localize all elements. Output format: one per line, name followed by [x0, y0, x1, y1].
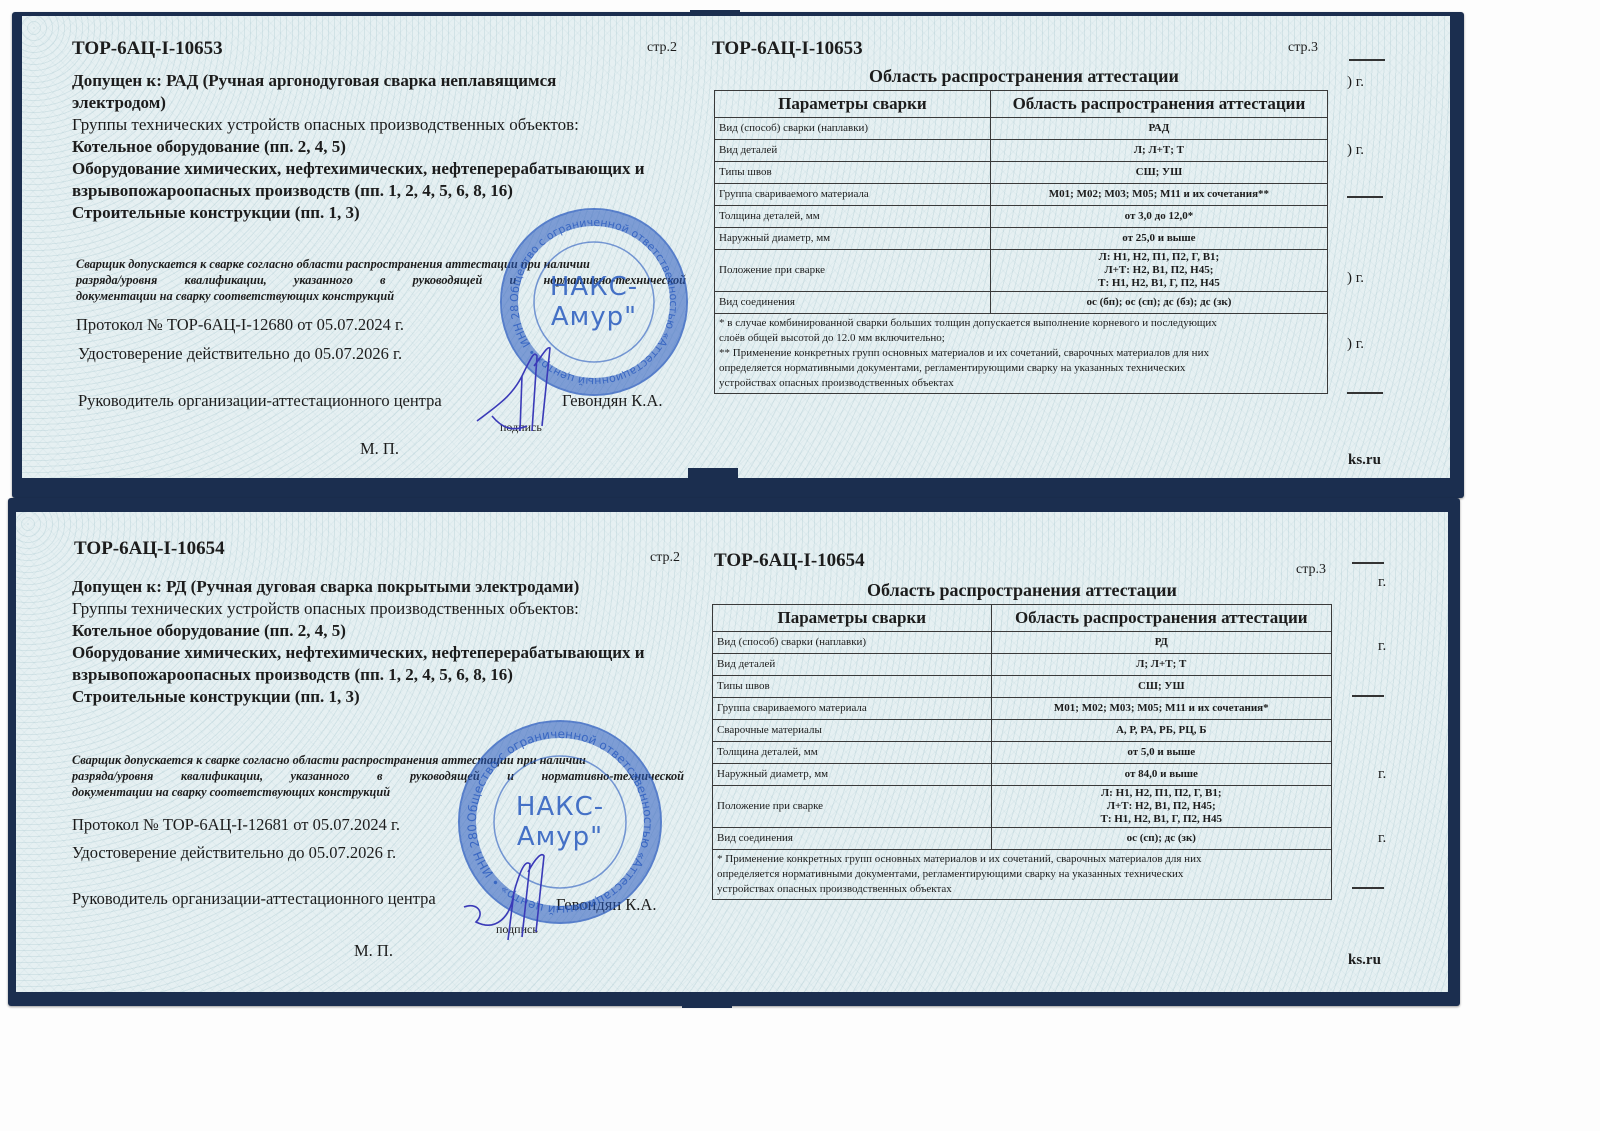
table-row: Вид (способ) сварки (наплавки)РД	[713, 632, 1332, 654]
footnote-line: * Применение конкретных групп основных м…	[717, 852, 1327, 867]
value-cell: ос (сп); дс (зк)	[991, 828, 1331, 850]
footnote-line: устройствах опасных производственных объ…	[717, 882, 1327, 897]
value-cell: от 25,0 и выше	[990, 228, 1327, 250]
stamp-line: НАКС-	[516, 792, 604, 822]
value-line: М01; М02; М03; М05; М11 и их сочетания*	[996, 702, 1327, 715]
value-line: М01; М02; М03; М05; М11 и их сочетания**	[995, 188, 1323, 201]
value-cell: РД	[991, 632, 1331, 654]
year-mark: ) г.	[1347, 270, 1364, 287]
stub-underline	[1349, 59, 1385, 61]
value-cell: Л: Н1, Н2, П1, П2, Г, В1;Л+Т: Н2, В1, П2…	[990, 250, 1327, 292]
column-header: Область распространения аттестации	[990, 91, 1327, 118]
group-item: Строительные конструкции (пп. 1, 3)	[72, 686, 360, 708]
footnotes: * в случае комбинированной сварки больши…	[715, 314, 1328, 394]
group-item: Оборудование химических, нефтехимических…	[72, 642, 645, 664]
value-cell: М01; М02; М03; М05; М11 и их сочетания*	[991, 698, 1331, 720]
certificate-sheet-2: ТОР-6АЦ-I-10654 стр.2 Допущен к: РД (Руч…	[16, 512, 1448, 992]
year-mark: ) г.	[1347, 142, 1364, 159]
cert-number: ТОР-6АЦ-I-10653	[712, 38, 863, 60]
year-mark: ) г.	[1347, 336, 1364, 353]
value-cell: Л; Л+Т; Т	[990, 140, 1327, 162]
table-row: Сварочные материалыА, Р, РА, РБ, РЦ, Б	[713, 720, 1332, 742]
value-cell: Л; Л+Т; Т	[991, 654, 1331, 676]
param-cell: Типы швов	[715, 162, 991, 184]
param-cell: Сварочные материалы	[713, 720, 992, 742]
value-cell: от 5,0 и выше	[991, 742, 1331, 764]
table-header-row: Параметры сваркиОбласть распространения …	[713, 605, 1332, 632]
value-cell: СШ; УШ	[991, 676, 1331, 698]
table-row: Наружный диаметр, ммот 84,0 и выше	[713, 764, 1332, 786]
group-item: Оборудование химических, нефтехимических…	[72, 158, 645, 180]
footnote-line: слоёв общей высотой до 12.0 мм включител…	[719, 331, 1323, 346]
table-title: Область распространения аттестации	[712, 580, 1332, 601]
footnote-line: ** Применение конкретных групп основных …	[719, 346, 1323, 361]
value-cell: от 3,0 до 12,0*	[990, 206, 1327, 228]
cert-number: ТОР-6АЦ-I-10654	[74, 538, 225, 560]
group-item: Котельное оборудование (пп. 2, 4, 5)	[72, 620, 346, 642]
valid-until: Удостоверение действительно до 05.07.202…	[78, 343, 402, 365]
table-header-row: Параметры сваркиОбласть распространения …	[715, 91, 1328, 118]
footnote-line: определяется нормативными документами, р…	[719, 361, 1323, 376]
stub-underline	[1352, 562, 1384, 564]
value-line: А, Р, РА, РБ, РЦ, Б	[996, 724, 1327, 737]
stamp-center-text: НАКС- Амур"	[550, 272, 638, 332]
table-row: Типы швовСШ; УШ	[713, 676, 1332, 698]
column-header: Параметры сварки	[715, 91, 991, 118]
param-cell: Вид (способ) сварки (наплавки)	[713, 632, 992, 654]
param-cell: Наружный диаметр, мм	[713, 764, 992, 786]
table-row: Группа свариваемого материалаМ01; М02; М…	[715, 184, 1328, 206]
param-cell: Положение при сварке	[713, 786, 992, 828]
cert-number: ТОР-6АЦ-I-10654	[714, 550, 865, 572]
footnote-line: устройствах опасных производственных объ…	[719, 376, 1323, 391]
head-label: Руководитель организации-аттестационного…	[78, 390, 442, 412]
stamp-line: НАКС-	[550, 272, 638, 302]
table-row: Вид соединенияос (сп); дс (зк)	[713, 828, 1332, 850]
stamp-line: Амур"	[550, 302, 638, 332]
group-item: взрывопожароопасных производств (пп. 1, …	[72, 664, 513, 686]
signature-icon	[456, 832, 586, 942]
value-line: Т: Н1, Н2, В1, Г, П2, Н45	[995, 277, 1323, 290]
year-mark: г.	[1378, 638, 1386, 655]
value-line: СШ; УШ	[996, 680, 1327, 693]
value-cell: РАД	[990, 118, 1327, 140]
table-row: Положение при сваркеЛ: Н1, Н2, П1, П2, Г…	[713, 786, 1332, 828]
stub-underline	[1352, 695, 1384, 697]
value-line: СШ; УШ	[995, 166, 1323, 179]
value-line: Л: Н1, Н2, П1, П2, Г, В1;	[995, 251, 1323, 264]
value-cell: СШ; УШ	[990, 162, 1327, 184]
param-cell: Вид (способ) сварки (наплавки)	[715, 118, 991, 140]
footnote-line: определяется нормативными документами, р…	[717, 867, 1327, 882]
param-cell: Толщина деталей, мм	[715, 206, 991, 228]
footnote-row: * в случае комбинированной сварки больши…	[715, 314, 1328, 394]
param-cell: Группа свариваемого материала	[715, 184, 991, 206]
param-cell: Вид деталей	[713, 654, 992, 676]
table-row: Вид (способ) сварки (наплавки)РАД	[715, 118, 1328, 140]
spine-tab-bottom-2	[682, 994, 732, 1008]
value-line: ос (сп); дс (зк)	[996, 832, 1327, 845]
certificate-sheet-1: ТОР-6АЦ-I-10653 стр.2 Допущен к: РАД (Ру…	[22, 16, 1450, 478]
value-cell: М01; М02; М03; М05; М11 и их сочетания**	[990, 184, 1327, 206]
seal-label: М. П.	[354, 940, 393, 962]
website-fragment: ks.ru	[1348, 452, 1381, 469]
value-line: РД	[996, 636, 1327, 649]
column-header: Область распространения аттестации	[991, 605, 1331, 632]
year-mark: г.	[1378, 574, 1386, 591]
table-row: Типы швовСШ; УШ	[715, 162, 1328, 184]
attestation-scope-table: Параметры сваркиОбласть распространения …	[712, 604, 1332, 900]
group-item: взрывопожароопасных производств (пп. 1, …	[72, 180, 513, 202]
page-label: стр.3	[1296, 562, 1326, 578]
value-cell: ос (бп); ос (сп); дс (бз); дс (зк)	[990, 292, 1327, 314]
value-line: Л+Т: Н2, В1, П2, Н45;	[996, 800, 1327, 813]
param-cell: Вид соединения	[715, 292, 991, 314]
param-cell: Вид соединения	[713, 828, 992, 850]
stub-underline	[1352, 887, 1384, 889]
column-header: Параметры сварки	[713, 605, 992, 632]
footnote-row: * Применение конкретных групп основных м…	[713, 850, 1332, 900]
protocol-number: Протокол № ТОР-6АЦ-I-12680 от 05.07.2024…	[76, 314, 404, 336]
seal-label: М. П.	[360, 438, 399, 460]
stub-underline	[1347, 196, 1383, 198]
year-mark: г.	[1378, 830, 1386, 847]
group-item: Котельное оборудование (пп. 2, 4, 5)	[72, 136, 346, 158]
year-mark: г.	[1378, 766, 1386, 783]
year-mark: ) г.	[1347, 74, 1364, 91]
param-cell: Наружный диаметр, мм	[715, 228, 991, 250]
table-row: Толщина деталей, ммот 5,0 и выше	[713, 742, 1332, 764]
value-line: Л; Л+Т; Т	[996, 658, 1327, 671]
groups-heading: Группы технических устройств опасных про…	[72, 598, 579, 620]
value-line: от 84,0 и выше	[996, 768, 1327, 781]
footnote-line: * в случае комбинированной сварки больши…	[719, 316, 1323, 331]
table-row: Положение при сваркеЛ: Н1, Н2, П1, П2, Г…	[715, 250, 1328, 292]
param-cell: Вид деталей	[715, 140, 991, 162]
table-row: Вид соединенияос (бп); ос (сп); дс (бз);…	[715, 292, 1328, 314]
value-cell: А, Р, РА, РБ, РЦ, Б	[991, 720, 1331, 742]
value-line: от 3,0 до 12,0*	[995, 210, 1323, 223]
table-row: Толщина деталей, ммот 3,0 до 12,0*	[715, 206, 1328, 228]
table-row: Группа свариваемого материалаМ01; М02; М…	[713, 698, 1332, 720]
value-cell: от 84,0 и выше	[991, 764, 1331, 786]
page-label: стр.3	[1288, 40, 1318, 56]
value-line: от 25,0 и выше	[995, 232, 1323, 245]
website-fragment: ks.ru	[1348, 952, 1381, 969]
stub-underline	[1347, 392, 1383, 394]
value-line: Т: Н1, Н2, В1, Г, П2, Н45	[996, 813, 1327, 826]
footnotes: * Применение конкретных групп основных м…	[713, 850, 1332, 900]
table-row: Вид деталейЛ; Л+Т; Т	[713, 654, 1332, 676]
param-cell: Положение при сварке	[715, 250, 991, 292]
page-label: стр.2	[647, 40, 677, 56]
cert-number: ТОР-6АЦ-I-10653	[72, 38, 223, 60]
table-row: Вид деталейЛ; Л+Т; Т	[715, 140, 1328, 162]
table-title: Область распространения аттестации	[714, 66, 1334, 87]
value-line: РАД	[995, 122, 1323, 135]
signature-icon	[472, 336, 592, 436]
param-cell: Типы швов	[713, 676, 992, 698]
admitted-to: Допущен к: РАД (Ручная аргонодуговая сва…	[72, 70, 556, 92]
value-line: ос (бп); ос (сп); дс (бз); дс (зк)	[995, 296, 1323, 309]
value-line: Л+Т: Н2, В1, П2, Н45;	[995, 264, 1323, 277]
protocol-number: Протокол № ТОР-6АЦ-I-12681 от 05.07.2024…	[72, 814, 400, 836]
value-line: Л; Л+Т; Т	[995, 144, 1323, 157]
valid-until: Удостоверение действительно до 05.07.202…	[72, 842, 396, 864]
param-cell: Толщина деталей, мм	[713, 742, 992, 764]
table-row: Наружный диаметр, ммот 25,0 и выше	[715, 228, 1328, 250]
param-cell: Группа свариваемого материала	[713, 698, 992, 720]
admitted-to: Допущен к: РД (Ручная дуговая сварка пок…	[72, 576, 579, 598]
groups-heading: Группы технических устройств опасных про…	[72, 114, 579, 136]
group-item: Строительные конструкции (пп. 1, 3)	[72, 202, 360, 224]
value-line: от 5,0 и выше	[996, 746, 1327, 759]
value-line: Л: Н1, Н2, П1, П2, Г, В1;	[996, 787, 1327, 800]
page-label: стр.2	[650, 550, 680, 566]
value-cell: Л: Н1, Н2, П1, П2, Г, В1;Л+Т: Н2, В1, П2…	[991, 786, 1331, 828]
spine-tab-bottom-1	[688, 468, 738, 492]
attestation-scope-table: Параметры сваркиОбласть распространения …	[714, 90, 1328, 394]
admitted-to-cont: электродом)	[72, 92, 166, 114]
head-label: Руководитель организации-аттестационного…	[72, 888, 436, 910]
